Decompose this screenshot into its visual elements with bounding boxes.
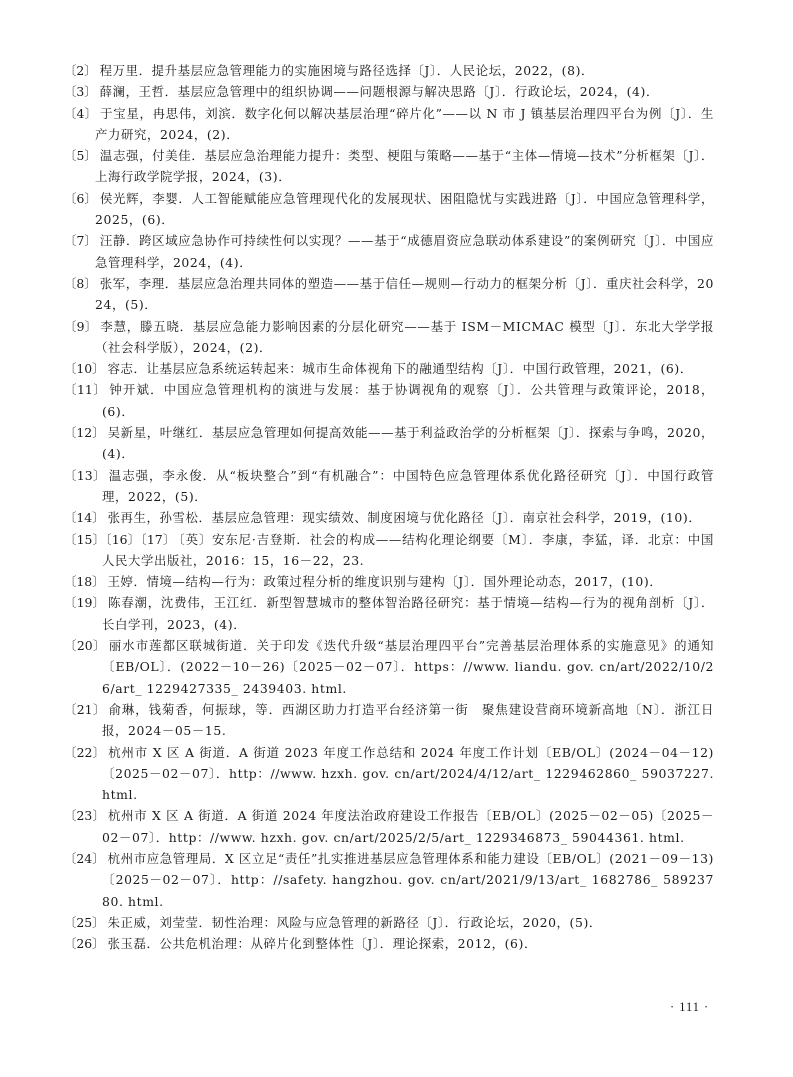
- reference-item: 〔22〕杭州市 X 区 A 街道．A 街道 2023 年度工作总结和 2024 …: [64, 742, 714, 806]
- reference-item: 〔20〕丽水市莲都区联城街道．关于印发《迭代升级“基层治理四平台”完善基层治理体…: [64, 635, 714, 699]
- page-number: · 111 ·: [670, 1000, 709, 1015]
- reference-item: 〔25〕朱正威，刘莹莹．韧性治理：风险与应急管理的新路径〔J〕．行政论坛，202…: [64, 912, 714, 933]
- reference-item: 〔26〕张玉磊．公共危机治理：从碎片化到整体性〔J〕．理论探索，2012，(6)…: [64, 933, 714, 954]
- reference-item: 〔13〕温志强，李永俊．从“板块整合”到“有机融合”：中国特色应急管理体系优化路…: [64, 465, 714, 508]
- reference-item: 〔11〕钟开斌．中国应急管理机构的演进与发展：基于协调视角的观察〔J〕．公共管理…: [64, 379, 714, 422]
- reference-item: 〔9〕李慧，滕五晓．基层应急能力影响因素的分层化研究——基于 ISM－MICMA…: [64, 316, 714, 359]
- reference-item: 〔2〕程万里．提升基层应急管理能力的实施困境与路径选择〔J〕．人民论坛，2022…: [64, 60, 714, 81]
- reference-item: 〔8〕张军，李理．基层应急治理共同体的塑造——基于信任—规则—行动力的框架分析〔…: [64, 273, 714, 316]
- reference-item: 〔5〕温志强，付美佳．基层应急治理能力提升：类型、梗阻与策略——基于“主体—情境…: [64, 145, 714, 188]
- reference-item: 〔3〕薛澜，王哲．基层应急管理中的组织协调——问题根源与解决思路〔J〕．行政论坛…: [64, 81, 714, 102]
- reference-item: 〔12〕吴新星，叶继红．基层应急管理如何提高效能——基于利益政治学的分析框架〔J…: [64, 422, 714, 465]
- reference-item: 〔21〕俞琳，钱菊香，何振球，等．西湖区助力打造平台经济第一街 聚焦建设营商环境…: [64, 699, 714, 742]
- reference-item: 〔6〕侯光辉，李婴．人工智能赋能应急管理现代化的发展现状、困阻隐忧与实践进路〔J…: [64, 188, 714, 231]
- reference-item: 〔23〕杭州市 X 区 A 街道．A 街道 2024 年度法治政府建设工作报告〔…: [64, 805, 714, 848]
- reference-item: 〔14〕张再生，孙雪松．基层应急管理：现实绩效、制度困境与优化路径〔J〕．南京社…: [64, 507, 714, 528]
- reference-item: 〔24〕杭州市应急管理局．X 区立足“责任”扎实推进基层应急管理体系和能力建设〔…: [64, 848, 714, 912]
- reference-item: 〔4〕于宝星，冉思伟，刘滨．数字化何以解决基层治理“碎片化”——以 N 市 J …: [64, 103, 714, 146]
- reference-item: 〔10〕容志．让基层应急系统运转起来：城市生命体视角下的融通型结构〔J〕．中国行…: [64, 358, 714, 379]
- reference-item: 〔19〕陈春潮，沈费伟，王江红．新型智慧城市的整体智治路径研究：基于情境—结构—…: [64, 592, 714, 635]
- reference-item: 〔18〕王婷．情境—结构—行为：政策过程分析的维度识别与建构〔J〕．国外理论动态…: [64, 571, 714, 592]
- reference-item: 〔7〕汪静．跨区域应急协作可持续性何以实现？——基于“成德眉资应急联动体系建设”…: [64, 230, 714, 273]
- reference-list: 〔2〕程万里．提升基层应急管理能力的实施困境与路径选择〔J〕．人民论坛，2022…: [64, 60, 714, 954]
- reference-item: 〔15〕〔16〕〔17〕〔英〕安东尼·吉登斯．社会的构成——结构化理论纲要〔M〕…: [64, 529, 714, 572]
